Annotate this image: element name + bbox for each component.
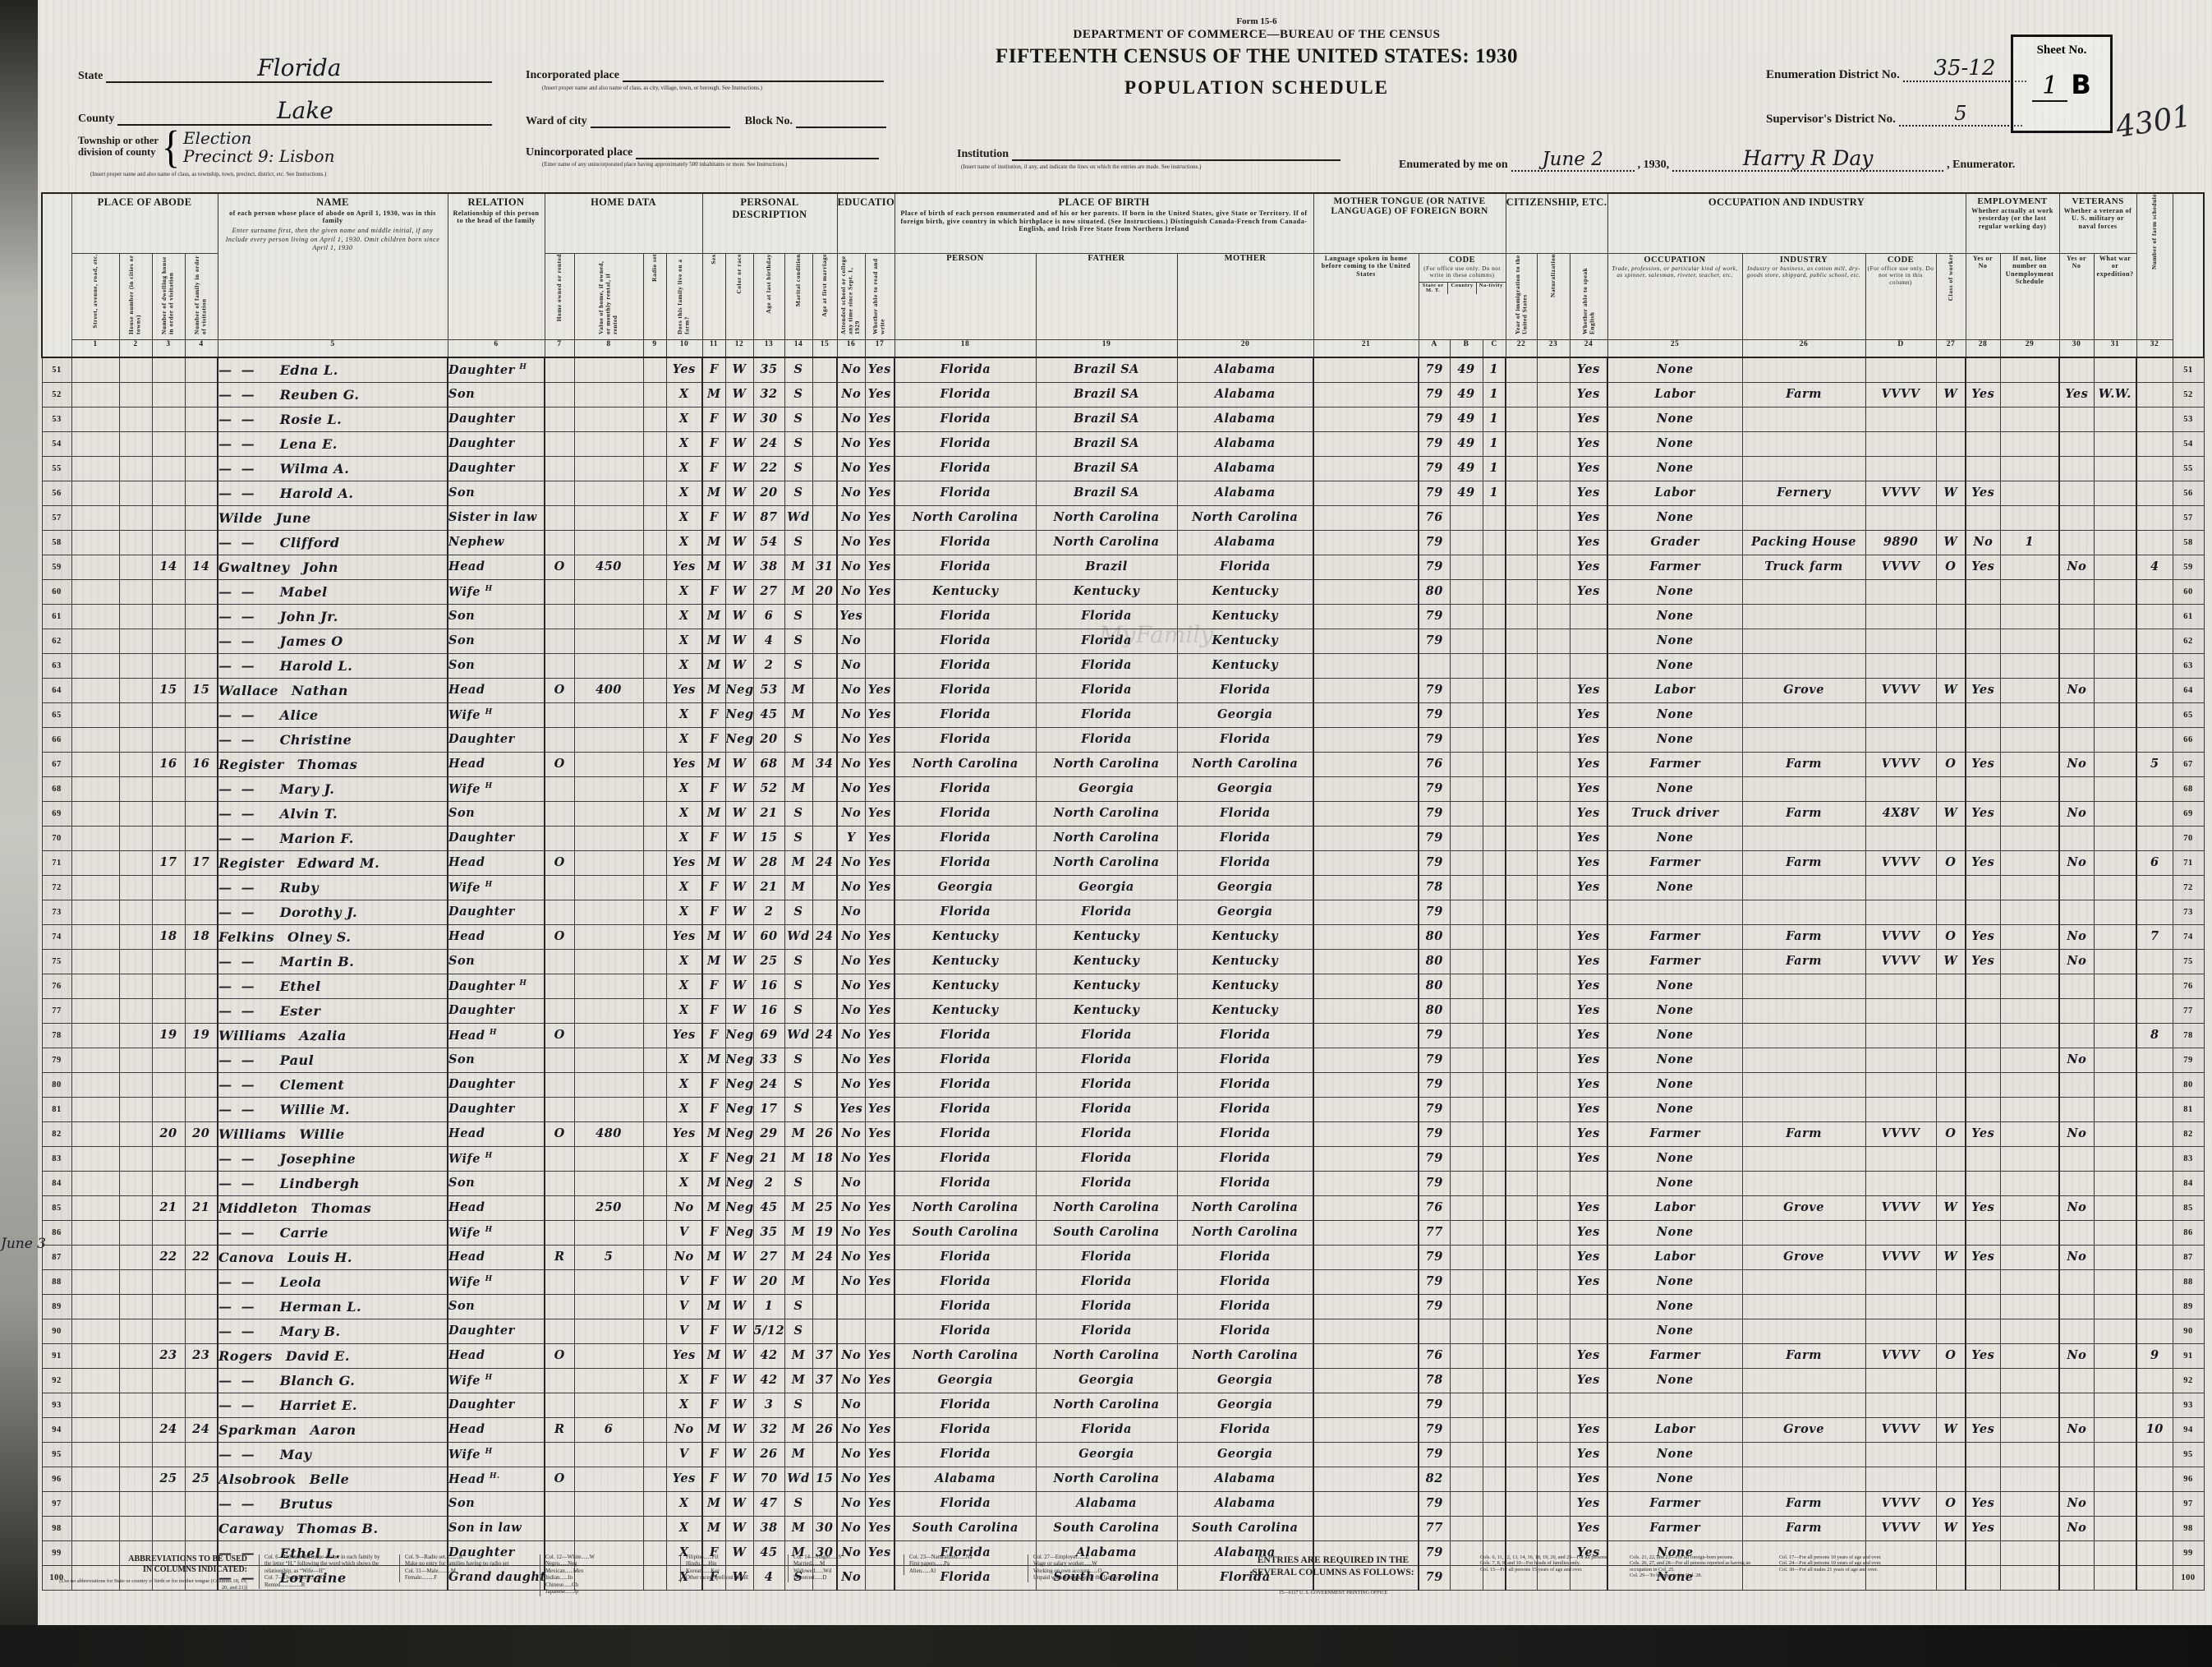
header-home-value: Value of home, if owned, or monthly rent… [574,254,643,340]
cell-code-d [1865,1467,1936,1492]
cell-lives-on-farm: X [666,457,702,481]
cell-name: WilliamsWillie [218,1122,448,1147]
line-number: 59 [42,555,71,580]
cell-radio-set [643,728,666,753]
cell-family-number [185,827,218,851]
cell-birthplace-father: North Carolina [1036,827,1177,851]
cell-speak-english: Yes [1570,974,1607,999]
cell-color-race: W [725,974,753,999]
cell-immigration-year [1506,1270,1537,1295]
cell-house-number [119,876,152,900]
cell-occupation: None [1607,629,1742,654]
cell-lives-on-farm: X [666,900,702,925]
cell-attended-school: No [837,1048,865,1073]
cell-war-expedition [2094,1295,2136,1319]
cell-code-c [1483,1221,1506,1246]
cell-naturalization [1537,408,1570,432]
cell-birthplace-person: Florida [894,1418,1036,1443]
cell-age-first-marriage [812,1319,837,1344]
cell-mother-tongue [1313,827,1419,851]
cell-family-number: 18 [185,925,218,950]
cell-at-work [1966,1147,2000,1172]
cell-age: 52 [753,777,784,802]
line-number: 58 [2173,531,2204,555]
cell-read-write [865,605,894,629]
cell-industry: Farm [1742,383,1865,408]
cell-street [71,876,119,900]
cell-birthplace-person: Florida [894,1024,1036,1048]
cell-code-d: 9890 [1865,531,1936,555]
cell-dwelling-number [152,531,185,555]
cell-marital-condition: M [784,1369,812,1393]
cell-home-value: 400 [574,679,643,703]
cell-code-a: 80 [1419,974,1450,999]
cell-street [71,457,119,481]
cell-home-owned [545,777,574,802]
cell-lives-on-farm: X [666,1048,702,1073]
cell-family-number: 24 [185,1418,218,1443]
cell-family-number [185,703,218,728]
cell-immigration-year [1506,753,1537,777]
header-personal-description: PERSONAL DESCRIPTION [702,193,837,254]
cell-age: 20 [753,728,784,753]
cell-birthplace-person: Georgia [894,1369,1036,1393]
header-code-d: CODE(For office use only. Do not write i… [1865,254,1936,340]
cell-relation: Son [448,1172,545,1196]
cell-color-race: Neg [725,1098,753,1122]
cell-code-b [1450,1024,1483,1048]
cell-birthplace-mother: Florida [1177,1147,1313,1172]
cell-birthplace-mother: Alabama [1177,481,1313,506]
cell-code-c: 1 [1483,432,1506,457]
cell-house-number [119,1418,152,1443]
cell-name: — —Edna L. [218,357,448,383]
cell-code-c [1483,1024,1506,1048]
cell-attended-school: No [837,1517,865,1541]
cell-house-number [119,753,152,777]
cell-name: — —Leola [218,1270,448,1295]
cell-age: 21 [753,876,784,900]
cell-code-a: 79 [1419,481,1450,506]
sheet-number-value: 1 [2032,71,2067,102]
cell-farm-schedule [2136,777,2173,802]
cell-age-first-marriage [812,357,837,383]
cell-color-race: W [725,1344,753,1369]
cell-dwelling-number [152,1221,185,1246]
cell-at-work [1966,357,2000,383]
cell-at-work [1966,1221,2000,1246]
cell-code-c [1483,1196,1506,1221]
cell-home-owned [545,1098,574,1122]
cell-street [71,777,119,802]
cell-speak-english: Yes [1570,506,1607,531]
cell-color-race: Neg [725,1073,753,1098]
cell-code-d [1865,1048,1936,1073]
cell-relation: Head [448,1196,545,1221]
cell-home-owned: O [545,1024,574,1048]
cell-birthplace-person: Florida [894,1147,1036,1172]
cell-color-race: Neg [725,1221,753,1246]
cell-birthplace-person: Kentucky [894,580,1036,605]
cell-code-c [1483,703,1506,728]
table-row: 81— —Willie M.DaughterXFNeg17SYesYesFlor… [42,1098,2204,1122]
cell-at-work [1966,827,2000,851]
cell-street [71,357,119,383]
cell-home-value [574,1024,643,1048]
cell-class-of-worker [1936,1172,1966,1196]
cell-sex: F [702,728,725,753]
cell-immigration-year [1506,481,1537,506]
cell-radio-set [643,1172,666,1196]
cell-home-value [574,802,643,827]
line-number: 95 [42,1443,71,1467]
cell-class-of-worker [1936,1024,1966,1048]
cell-name: — —Mabel [218,580,448,605]
cell-birthplace-father: Florida [1036,1270,1177,1295]
cell-code-b [1450,1122,1483,1147]
cell-code-b [1450,802,1483,827]
cell-war-expedition [2094,1517,2136,1541]
cell-speak-english: Yes [1570,1270,1607,1295]
cell-mother-tongue [1313,605,1419,629]
cell-home-owned [545,1492,574,1517]
cell-code-d: VVVV [1865,383,1936,408]
cell-unemployment-line [2000,1196,2059,1221]
cell-home-value [574,827,643,851]
cell-color-race: W [725,580,753,605]
cell-attended-school: No [837,876,865,900]
line-number: 89 [2173,1295,2204,1319]
cell-unemployment-line [2000,1492,2059,1517]
cell-birthplace-mother: North Carolina [1177,1196,1313,1221]
cell-color-race: W [725,1246,753,1270]
cell-name: — —Josephine [218,1147,448,1172]
table-row: 72— —RubyWife HXFW21MNoYesGeorgiaGeorgia… [42,876,2204,900]
cell-name: — —Clement [218,1073,448,1098]
cell-farm-schedule [2136,654,2173,679]
cell-code-d [1865,629,1936,654]
cell-code-a: 77 [1419,1517,1450,1541]
cell-home-value [574,851,643,876]
cell-speak-english: Yes [1570,383,1607,408]
cell-code-c [1483,925,1506,950]
cell-class-of-worker: O [1936,1492,1966,1517]
cell-sex: F [702,827,725,851]
column-number: 19 [1036,340,1177,358]
cell-occupation: Labor [1607,383,1742,408]
cell-speak-english: Yes [1570,728,1607,753]
cell-code-b [1450,580,1483,605]
cell-birthplace-person: South Carolina [894,1517,1036,1541]
cell-read-write: Yes [865,1443,894,1467]
cell-color-race: W [725,900,753,925]
cell-relation: Son [448,950,545,974]
cell-naturalization [1537,802,1570,827]
header-speak-english: Whether able to speak English [1570,254,1607,340]
cell-home-owned [545,876,574,900]
table-row: 70— —Marion F.DaughterXFW15SYYesFloridaN… [42,827,2204,851]
cell-birthplace-mother: Georgia [1177,777,1313,802]
enumeration-date: June 2 [1542,149,1603,170]
cell-age: 2 [753,1172,784,1196]
cell-industry [1742,432,1865,457]
cell-code-b [1450,1369,1483,1393]
cell-unemployment-line [2000,777,2059,802]
table-row: 88— —LeolaWife HVFW20MNoYesFloridaFlorid… [42,1270,2204,1295]
cell-code-a: 79 [1419,357,1450,383]
table-row: 591414GwaltneyJohnHeadO450YesMW38M31NoYe… [42,555,2204,580]
column-number: 30 [2059,340,2094,358]
cell-farm-schedule [2136,531,2173,555]
cell-home-value [574,1295,643,1319]
cell-code-b [1450,851,1483,876]
cell-color-race: W [725,1418,753,1443]
cell-war-expedition [2094,1492,2136,1517]
cell-farm-schedule [2136,1246,2173,1270]
cell-war-expedition [2094,999,2136,1024]
header-age-first-marriage: Age at first marriage [812,254,837,340]
cell-age: 53 [753,679,784,703]
cell-industry [1742,1172,1865,1196]
cell-class-of-worker [1936,876,1966,900]
cell-street [71,679,119,703]
cell-sex: F [702,432,725,457]
line-number: 67 [42,753,71,777]
cell-industry [1742,1443,1865,1467]
cell-war-expedition [2094,925,2136,950]
table-row: 86— —CarrieWife HVFNeg35M19NoYesSouth Ca… [42,1221,2204,1246]
cell-at-work: Yes [1966,383,2000,408]
cell-code-c [1483,1172,1506,1196]
cell-family-number [185,580,218,605]
enumeration-district-value: 35-12 [1934,56,1995,81]
cell-farm-schedule [2136,1073,2173,1098]
cell-name: — —Paul [218,1048,448,1073]
cell-farm-schedule [2136,1147,2173,1172]
cell-speak-english: Yes [1570,481,1607,506]
cell-attended-school: No [837,777,865,802]
cell-naturalization [1537,703,1570,728]
cell-family-number [185,432,218,457]
township-field: Township or other division of county { E… [78,125,334,168]
cell-family-number [185,777,218,802]
cell-lives-on-farm: X [666,703,702,728]
cell-at-work: No [1966,531,2000,555]
cell-unemployment-line [2000,408,2059,432]
cell-industry: Grove [1742,679,1865,703]
cell-mother-tongue [1313,1221,1419,1246]
cell-birthplace-father: Florida [1036,1319,1177,1344]
line-number: 61 [2173,605,2204,629]
cell-birthplace-father: North Carolina [1036,802,1177,827]
cell-immigration-year [1506,605,1537,629]
cell-color-race: W [725,457,753,481]
cell-sex: M [702,679,725,703]
cell-birthplace-person: Florida [894,1319,1036,1344]
cell-naturalization [1537,974,1570,999]
cell-relation: Head [448,753,545,777]
cell-family-number [185,383,218,408]
cell-age: 35 [753,357,784,383]
cell-house-number [119,531,152,555]
incorporated-place-field: Incorporated place [526,67,884,82]
cell-color-race: W [725,777,753,802]
line-number: 98 [2173,1517,2204,1541]
cell-mother-tongue [1313,728,1419,753]
line-number: 81 [42,1098,71,1122]
cell-name: — —Ethel [218,974,448,999]
cell-dwelling-number [152,408,185,432]
cell-farm-schedule [2136,383,2173,408]
cell-marital-condition: S [784,457,812,481]
cell-attended-school: No [837,481,865,506]
cell-veteran: Yes [2059,383,2094,408]
cell-class-of-worker: W [1936,481,1966,506]
cell-read-write [865,1393,894,1418]
cell-class-of-worker [1936,703,1966,728]
cell-house-number [119,728,152,753]
cell-unemployment-line [2000,1098,2059,1122]
cell-dwelling-number [152,974,185,999]
cell-birthplace-person: North Carolina [894,1344,1036,1369]
cell-relation: Head [448,851,545,876]
cell-relation: Son [448,1492,545,1517]
cell-dwelling-number: 19 [152,1024,185,1048]
cell-name: — —James O [218,629,448,654]
cell-mother-tongue [1313,555,1419,580]
cell-marital-condition: M [784,1517,812,1541]
cell-immigration-year [1506,1344,1537,1369]
cell-mother-tongue [1313,357,1419,383]
header-language: Language spoken in home before coming to… [1313,254,1419,340]
table-row: 60— —MabelWife HXFW27M20NoYesKentuckyKen… [42,580,2204,605]
cell-code-b [1450,1443,1483,1467]
cell-home-value [574,1393,643,1418]
cell-color-race: W [725,1369,753,1393]
cell-mother-tongue [1313,1443,1419,1467]
cell-street [71,408,119,432]
cell-code-b [1450,974,1483,999]
cell-house-number [119,555,152,580]
cell-class-of-worker [1936,1073,1966,1098]
cell-sex: M [702,950,725,974]
cell-home-value [574,728,643,753]
cell-street [71,1270,119,1295]
cell-name: — —Dorothy J. [218,900,448,925]
cell-dwelling-number [152,999,185,1024]
cell-birthplace-father: Kentucky [1036,925,1177,950]
cell-home-value [574,605,643,629]
cell-birthplace-father: Florida [1036,728,1177,753]
cell-attended-school: No [837,1467,865,1492]
cell-birthplace-mother: Kentucky [1177,605,1313,629]
cell-relation: Daughter [448,1098,545,1122]
cell-war-expedition [2094,1221,2136,1246]
cell-at-work [1966,457,2000,481]
cell-naturalization [1537,1443,1570,1467]
cell-farm-schedule: 4 [2136,555,2173,580]
header-read-write: Whether able to read and write [865,254,894,340]
cell-family-number: 16 [185,753,218,777]
cell-age: 27 [753,1246,784,1270]
cell-sex: M [702,753,725,777]
cell-age-first-marriage [812,383,837,408]
cell-relation: Daughter [448,728,545,753]
cell-class-of-worker [1936,457,1966,481]
cell-code-d: VVVV [1865,950,1936,974]
cell-speak-english: Yes [1570,1369,1607,1393]
cell-family-number [185,1172,218,1196]
cell-age: 30 [753,408,784,432]
cell-war-expedition [2094,851,2136,876]
table-row: 781919WilliamsAzaliaHead HOYesFNeg69Wd24… [42,1024,2204,1048]
cell-code-c [1483,679,1506,703]
cell-radio-set [643,999,666,1024]
cell-birthplace-father: North Carolina [1036,1344,1177,1369]
cell-war-expedition [2094,1024,2136,1048]
cell-color-race: Neg [725,1048,753,1073]
cell-birthplace-father: Florida [1036,629,1177,654]
cell-code-a: 78 [1419,1369,1450,1393]
cell-lives-on-farm: Yes [666,753,702,777]
cell-farm-schedule [2136,1270,2173,1295]
cell-age-first-marriage: 30 [812,1517,837,1541]
cell-immigration-year [1506,827,1537,851]
cell-code-c [1483,1369,1506,1393]
cell-street [71,629,119,654]
cell-name: — —Lindbergh [218,1172,448,1196]
cell-war-expedition [2094,827,2136,851]
cell-attended-school: No [837,1246,865,1270]
cell-age-first-marriage [812,950,837,974]
cell-birthplace-father: Brazil SA [1036,457,1177,481]
cell-code-b [1450,999,1483,1024]
cell-code-c [1483,950,1506,974]
cell-marital-condition: Wd [784,1467,812,1492]
cell-relation: Nephew [448,531,545,555]
line-number: 66 [42,728,71,753]
cell-speak-english: Yes [1570,531,1607,555]
line-number: 54 [42,432,71,457]
line-number: 92 [2173,1369,2204,1393]
cell-mother-tongue [1313,1319,1419,1344]
cell-birthplace-mother: Georgia [1177,1443,1313,1467]
abbreviations-note: [Use no abbreviations for State or count… [54,1578,247,1591]
cell-code-d [1865,974,1936,999]
cell-attended-school: No [837,679,865,703]
cell-lives-on-farm: X [666,408,702,432]
cell-code-d [1865,506,1936,531]
cell-age: 28 [753,851,784,876]
cell-radio-set [643,802,666,827]
cell-age: 45 [753,703,784,728]
cell-street [71,925,119,950]
line-number: 82 [42,1122,71,1147]
cell-read-write: Yes [865,802,894,827]
header-mother: MOTHER [1177,254,1313,340]
cell-house-number [119,1443,152,1467]
cell-naturalization [1537,605,1570,629]
cell-war-expedition [2094,1270,2136,1295]
cell-farm-schedule [2136,900,2173,925]
cell-relation: Son [448,1048,545,1073]
cell-industry: Grove [1742,1418,1865,1443]
cell-house-number [119,580,152,605]
cell-dwelling-number: 22 [152,1246,185,1270]
cell-house-number [119,408,152,432]
cell-sex: F [702,1443,725,1467]
column-number: 17 [865,340,894,358]
